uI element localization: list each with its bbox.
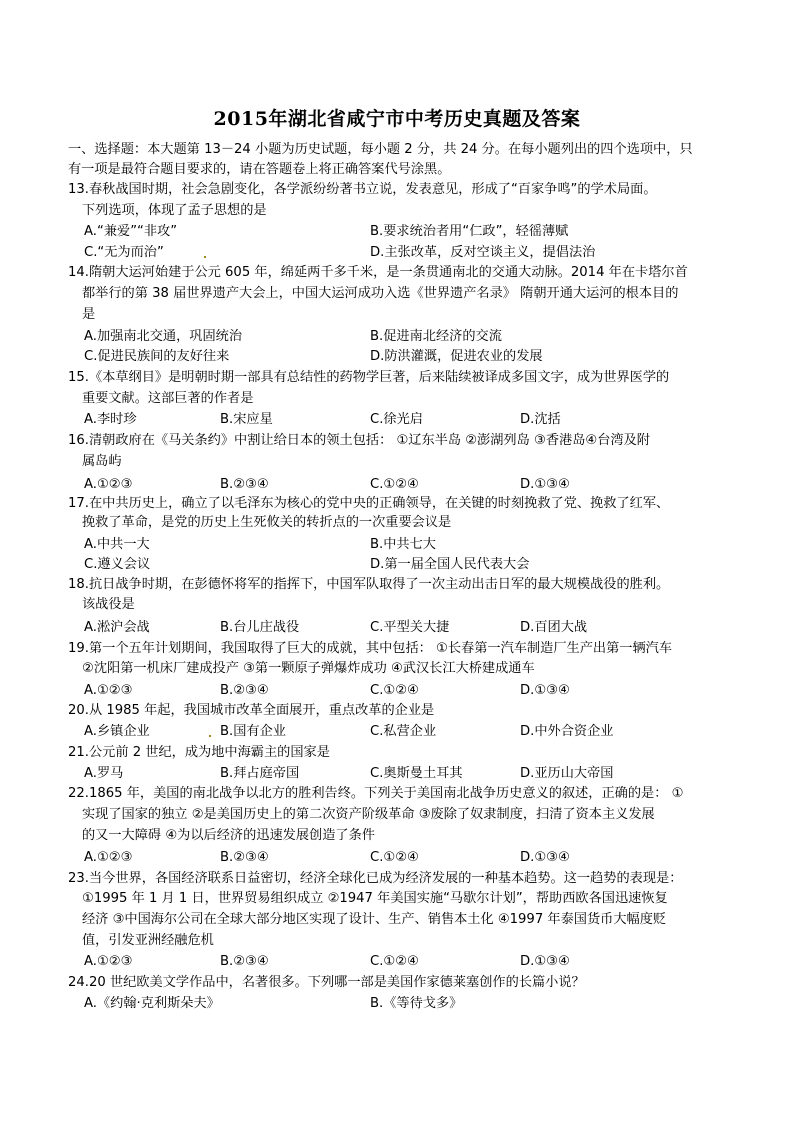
question-13-option-c: C.“无为而治” [84,245,164,261]
document-page: 2015年湖北省咸宁市中考历史真题及答案 一、选择题：本大题第 13－24 小题… [0,0,794,1123]
question-21-option-b: B.拜占庭帝国 [220,766,299,782]
question-23-option-a: A.①②③ [84,954,132,970]
question-16-option-b: B.②③④ [220,477,269,493]
question-22-option-b: B.②③④ [220,850,269,866]
question-14-option-b: B.促进南北经济的交流 [370,329,502,345]
question-13-text: 下列选项，体现了孟子思想的是 [82,203,267,219]
question-22-text: 的又一大障碍 ④为以后经济的迅速发展创造了条件 [82,828,375,844]
question-19-option-d: D.①③④ [520,683,570,699]
question-22-option-d: D.①③④ [520,850,570,866]
question-21-option-d: D.亚历山大帝国 [520,766,613,782]
question-24-option-a: A.《约翰·克利斯朵夫》 [84,996,220,1012]
question-14-option-c: C.促进民族间的友好往来 [84,349,229,365]
question-22-option-a: A.①②③ [84,850,132,866]
question-17-option-d: D.第一届全国人民代表大会 [370,557,529,573]
stray-mark [204,256,206,258]
question-16-text: 16.清朝政府在《马关条约》中割让给日本的领土包括： ①辽东半岛 ②澎湖列岛 ③… [68,433,650,449]
question-18-option-c: C.平型关大捷 [370,620,449,636]
question-17-text: 挽救了革命，是党的历史上生死攸关的转折点的一次重要会议是 [82,515,451,531]
question-13-text: 13.春秋战国时期，社会急剧变化，各学派纷纷著书立说，发表意见，形成了“百家争鸣… [68,182,657,198]
question-24-text: 24.20 世纪欧美文学作品中，名著很多。下列哪一部是美国作家德莱塞创作的长篇小… [68,975,585,991]
question-23-text: 23.当今世界，各国经济联系日益密切，经济全球化已成为经济发展的一种基本趋势。这… [68,871,682,887]
question-24-option-b: B.《等待戈多》 [370,996,462,1012]
question-15-option-d: D.沈括 [520,412,561,428]
question-19-option-b: B.②③④ [220,683,269,699]
question-15-text: 15.《本草纲目》是明朝时期一部具有总结性的药物学巨著，后来陆续被译成多国文字，… [68,370,669,386]
section-instructions-line-1: 一、选择题：本大题第 13－24 小题为历史试题，每小题 2 分，共 24 分。… [68,142,693,158]
question-22-option-c: C.①②④ [370,850,419,866]
question-16-option-a: A.①②③ [84,477,132,493]
stray-mark [209,735,211,737]
question-19-text: ②沈阳第一机床厂建成投产 ③第一颗原子弹爆炸成功 ④武汉长江大桥建成通车 [82,661,535,677]
question-20-option-c: C.私营企业 [370,724,436,740]
question-15-text: 重要文献。这部巨著的作者是 [82,391,253,407]
question-14-text: 都举行的第 38 届世界遗产大会上，中国大运河成功入选《世界遗产名录》 隋朝开通… [82,286,678,302]
question-17-text: 17.在中共历史上，确立了以毛泽东为核心的党中央的正确领导，在关键的时刻挽救了党… [68,496,669,512]
question-13-option-a: A.“兼爱”“非攻” [84,224,177,240]
question-15-option-c: C.徐光启 [370,412,423,428]
question-19-text: 19.第一个五年计划期间，我国取得了巨大的成就，其中包括： ①长春第一汽车制造厂… [68,641,672,657]
question-19-option-a: A.①②③ [84,683,132,699]
question-18-option-d: D.百团大战 [520,620,587,636]
question-20-text: 20.从 1985 年起，我国城市改革全面展开，重点改革的企业是 [68,703,434,719]
question-19-option-c: C.①②④ [370,683,419,699]
question-18-text: 该战役是 [82,597,135,613]
question-21-option-c: C.奥斯曼土耳其 [370,766,463,782]
question-23-option-d: D.①③④ [520,954,570,970]
question-16-option-d: D.①③④ [520,477,570,493]
question-22-text: 22.1865 年，美国的南北战争以北方的胜利告终。下列关于美国南北战争历史意义… [68,786,683,802]
question-18-text: 18.抗日战争时期，在彭德怀将军的指挥下，中国军队取得了一次主动出击日军的最大规… [68,577,669,593]
question-15-option-a: A.李时珍 [84,412,137,428]
question-13-option-d: D.主张改革，反对空谈主义，提倡法治 [370,245,595,261]
question-14-option-d: D.防洪灌溉，促进农业的发展 [370,349,543,365]
question-23-text: 值，引发亚洲经融危机 [82,933,214,949]
question-23-option-b: B.②③④ [220,954,269,970]
question-20-option-d: D.中外合资企业 [520,724,613,740]
question-20-option-b: B.国有企业 [220,724,286,740]
question-14-option-a: A.加强南北交通，巩固统治 [84,329,242,345]
question-21-option-a: A.罗马 [84,766,123,782]
section-instructions-line-2: 有一项是最符合题目要求的，请在答题卷上将正确答案代号涂黑。 [68,162,450,178]
question-23-option-c: C.①②④ [370,954,419,970]
question-14-text: 是 [82,307,95,323]
question-17-option-b: B.中共七大 [370,537,436,553]
question-14-text: 14.隋朝大运河始建于公元 605 年，绵延两千多千米，是一条贯通南北的交通大动… [68,265,688,281]
question-18-option-a: A.淞沪会战 [84,620,150,636]
question-17-option-a: A.中共一大 [84,537,150,553]
question-23-text: ①1995 年 1 月 1 日，世界贸易组织成立 ②1947 年美国实施“马歇尔… [82,891,668,907]
question-20-option-a: A.乡镇企业 [84,724,150,740]
question-15-option-b: B.宋应星 [220,412,273,428]
question-18-option-b: B.台儿庄战役 [220,620,299,636]
question-16-text: 属岛屿 [82,454,122,470]
question-13-option-b: B.要求统治者用“仁政”，轻徭薄赋 [370,224,568,240]
page-title: 2015年湖北省咸宁市中考历史真题及答案 [0,104,794,131]
question-21-text: 21.公元前 2 世纪，成为地中海霸主的国家是 [68,745,330,761]
question-16-option-c: C.①②④ [370,477,419,493]
question-23-text: 经济 ③中国海尔公司在全球大部分地区实现了设计、生产、销售本土化 ④1997 年… [82,912,666,928]
question-22-text: 实现了国家的独立 ②是美国历史上的第二次资产阶级革命 ③废除了奴隶制度，扫清了资… [82,807,655,823]
question-17-option-c: C.遵义会议 [84,557,150,573]
